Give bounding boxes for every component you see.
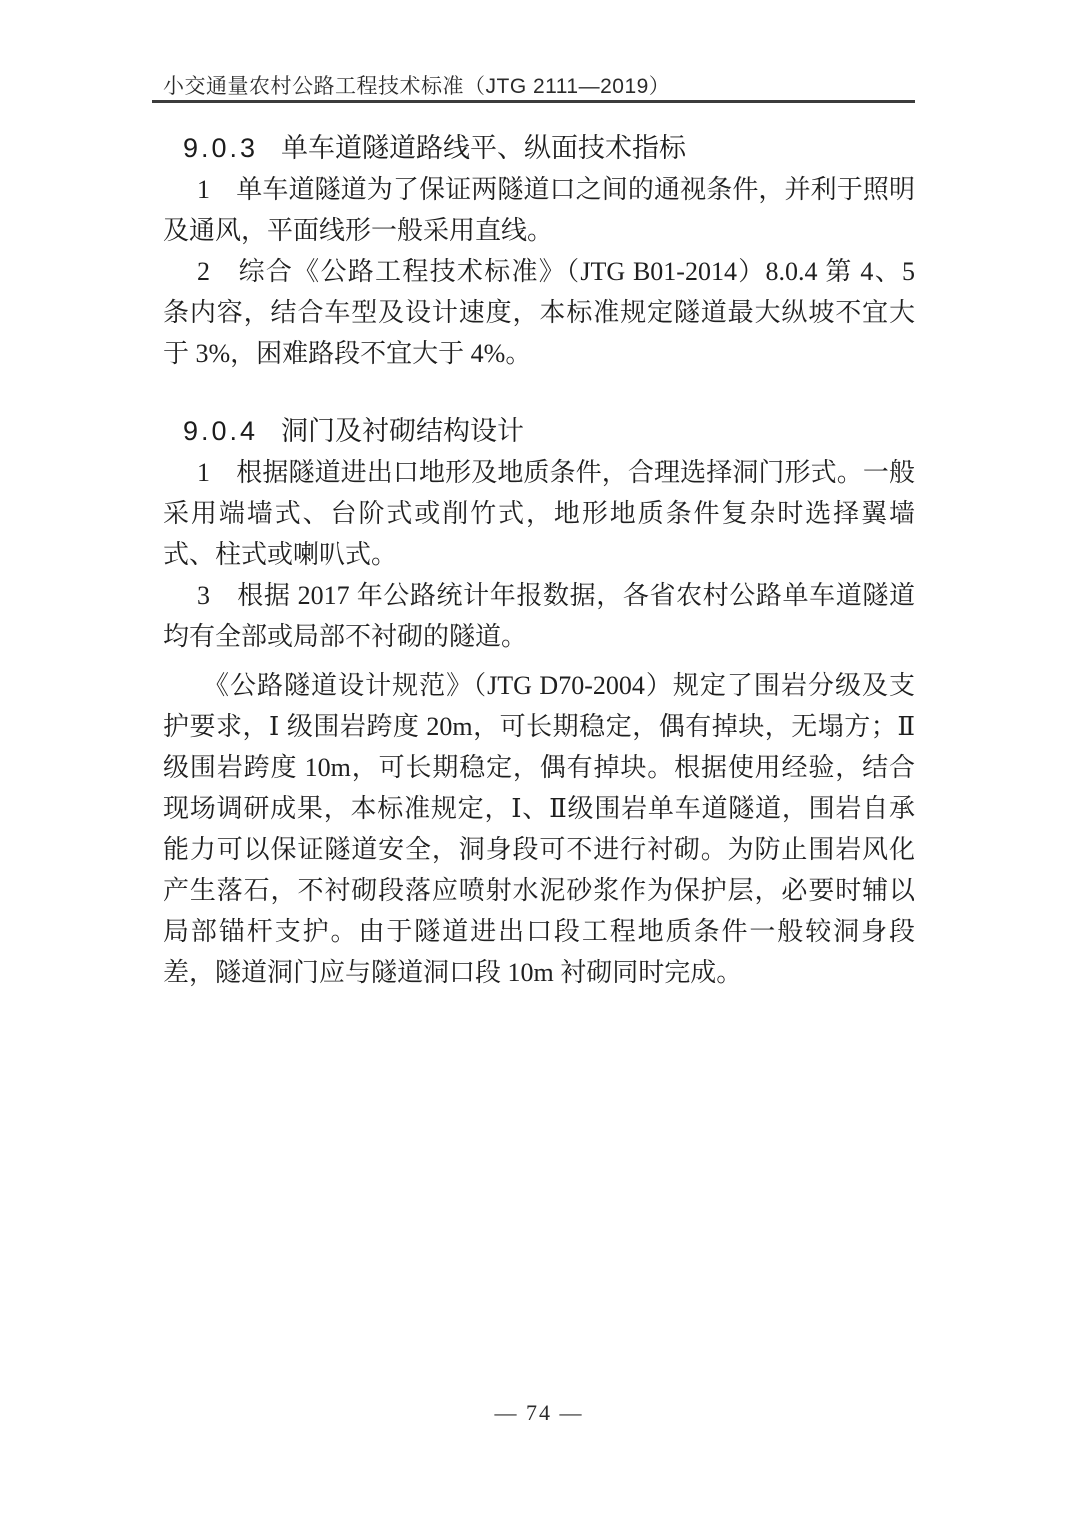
section-number: 9.0.4 <box>183 416 258 446</box>
section-heading-904: 9.0.4洞门及衬砌结构设计 <box>163 411 915 452</box>
document-page: 小交通量农村公路工程技术标准（JTG 2111—2019） 9.0.3单车道隧道… <box>0 0 1074 1520</box>
page-number: — 74 — <box>163 1400 915 1426</box>
paragraph-903-1: 1 单车道隧道为了保证两隧道口之间的通视条件，并利于照明及通风，平面线形一般采用… <box>163 169 915 251</box>
section-title: 洞门及衬砌结构设计 <box>281 416 524 446</box>
paragraph-904-3: 3 根据 2017 年公路统计年报数据，各省农村公路单车道隧道均有全部或局部不衬… <box>163 575 915 657</box>
page-content: 9.0.3单车道隧道路线平、纵面技术指标 1 单车道隧道为了保证两隧道口之间的通… <box>163 128 915 993</box>
section-number: 9.0.3 <box>183 133 258 163</box>
paragraph-903-2: 2 综合《公路工程技术标准》（JTG B01-2014）8.0.4 第 4、5 … <box>163 251 915 374</box>
section-heading-903: 9.0.3单车道隧道路线平、纵面技术指标 <box>163 128 915 169</box>
header-rule <box>152 100 915 103</box>
running-header: 小交通量农村公路工程技术标准（JTG 2111—2019） <box>163 70 915 100</box>
paragraph-904-commentary: 《公路隧道设计规范》（JTG D70-2004）规定了围岩分级及支护要求，Ⅰ 级… <box>163 665 915 993</box>
section-title: 单车道隧道路线平、纵面技术指标 <box>281 133 686 163</box>
paragraph-904-1: 1 根据隧道进出口地形及地质条件，合理选择洞门形式。一般采用端墙式、台阶式或削竹… <box>163 452 915 575</box>
